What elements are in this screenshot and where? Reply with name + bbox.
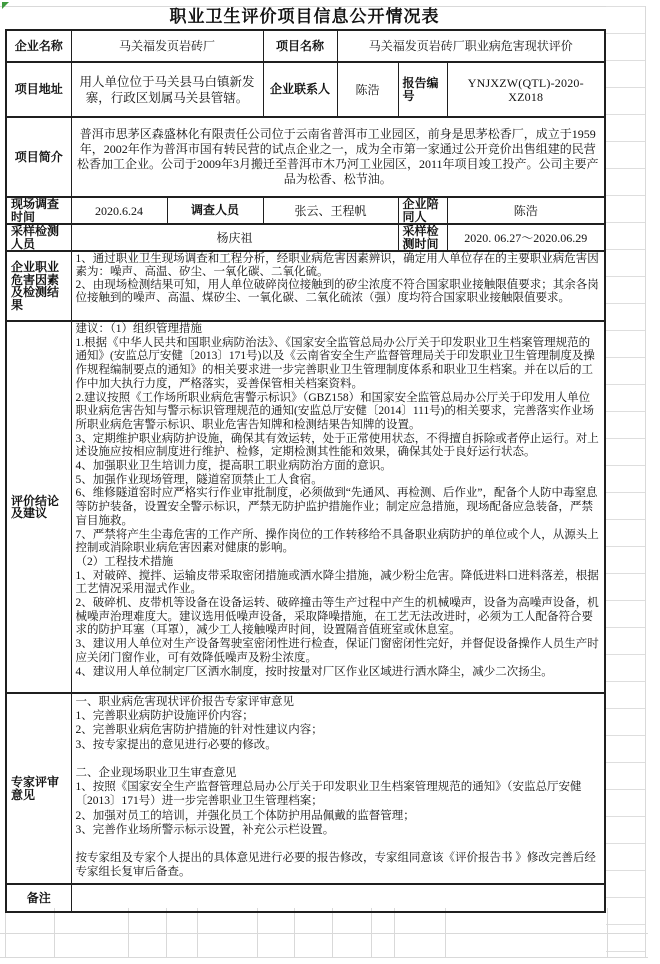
table-row: 专家评审意见 一、职业病危害现状评价报告专家评审意见 1、完善职业病防护设施评价… [6, 693, 605, 884]
table-row: 企业职业危害因素及检测结果 1、通过职业卫生现场调查和工程分析，经职业病危害因素… [6, 251, 605, 321]
table-row: 项目地址 用人单位位于马关县马白镇新发寨，行政区划属马关县管辖。 企业联系人 陈… [6, 62, 605, 117]
gridline-v [54, 908, 55, 958]
intro-value: 普洱市思茅区森盛林化有限责任公司位于云南省普洱市工业园区，前身是思茅松香厂，成立… [71, 117, 605, 197]
gridline-v [197, 908, 198, 958]
project-name-label: 项目名称 [263, 30, 337, 62]
remarks-label: 备注 [6, 884, 71, 912]
report-no-label: 报告编号 [398, 62, 447, 117]
info-table: 企业名称 马关福发页岩砖厂 项目名称 马关福发页岩砖厂职业病危害现状评价 项目地… [5, 29, 606, 913]
hazards-label: 企业职业危害因素及检测结果 [6, 251, 71, 321]
table-row: 现场调查时间 2020.6.24 调查人员 张云、王程帆 企业陪同人 陈浩 [6, 197, 605, 224]
company-name-label: 企业名称 [6, 30, 71, 62]
conclusion-label: 评价结论及建议 [6, 321, 71, 693]
review-label: 专家评审意见 [6, 693, 71, 884]
project-address-value: 用人单位位于马关县马白镇新发寨，行政区划属马关县管辖。 [71, 62, 263, 117]
company-name-value: 马关福发页岩砖厂 [71, 30, 263, 62]
project-address-label: 项目地址 [6, 62, 71, 117]
sheet: 职业卫生评价项目信息公开情况表 企业名称 马关福发页岩砖厂 项目名称 马关福发页… [0, 0, 660, 964]
gridline-v [332, 908, 333, 958]
hazards-text: 1、通过职业卫生现场调查和工程分析，经职业病危害因素辨识，确定用人单位存在的主要… [72, 252, 605, 320]
sampling-staff-label: 采样检测人员 [6, 224, 71, 251]
gridline-v [371, 908, 372, 958]
survey-time-value: 2020.6.24 [71, 197, 167, 224]
gridline-v [166, 908, 167, 958]
conclusion-text: 建议：（1）组织管理措施 1.根据《中华人民共和国职业病防治法》、《国家安全监管… [72, 322, 605, 692]
grid-right-strip [606, 6, 646, 958]
table-row: 采样检测人员 杨庆祖 采样检测时间 2020. 06.27～2020.06.29 [6, 224, 605, 251]
gridline-v [257, 908, 258, 958]
gridline-v [5, 908, 6, 958]
review-text: 一、职业病危害现状评价报告专家评审意见 1、完善职业病防护设施评价内容； 2、完… [72, 694, 605, 883]
escort-label: 企业陪同人 [398, 197, 447, 224]
surveyors-label: 调查人员 [167, 197, 263, 224]
report-no-value: YNJXZW(QTL)-2020-XZ018 [447, 62, 605, 117]
contact-value: 陈浩 [337, 62, 398, 117]
gridline-v [607, 908, 608, 958]
escort-value: 陈浩 [447, 197, 605, 224]
table-row: 项目简介 普洱市思茅区森盛林化有限责任公司位于云南省普洱市工业园区，前身是思茅松… [6, 117, 605, 197]
gridline-v [394, 908, 395, 958]
page-title: 职业卫生评价项目信息公开情况表 [5, 5, 604, 29]
gridline-h [0, 933, 648, 934]
table-row: 评价结论及建议 建议：（1）组织管理措施 1.根据《中华人民共和国职业病防治法》… [6, 321, 605, 693]
sampling-time-value: 2020. 06.27～2020.06.29 [447, 224, 605, 251]
contact-label: 企业联系人 [263, 62, 337, 117]
hazards-value: 1、通过职业卫生现场调查和工程分析，经职业病危害因素辨识，确定用人单位存在的主要… [71, 251, 605, 321]
intro-label: 项目简介 [6, 117, 71, 197]
review-value: 一、职业病危害现状评价报告专家评审意见 1、完善职业病防护设施评价内容； 2、完… [71, 693, 605, 884]
gridline-v [445, 908, 446, 958]
table-row: 企业名称 马关福发页岩砖厂 项目名称 马关福发页岩砖厂职业病危害现状评价 [6, 30, 605, 62]
remarks-value [71, 884, 605, 912]
gridline-v [128, 908, 129, 958]
gridline-v [294, 908, 295, 958]
table-row: 备注 [6, 884, 605, 912]
conclusion-value: 建议：（1）组织管理措施 1.根据《中华人民共和国职业病防治法》、《国家安全监管… [71, 321, 605, 693]
surveyors-value: 张云、王程帆 [263, 197, 398, 224]
sampling-staff-value: 杨庆祖 [71, 224, 398, 251]
project-name-value: 马关福发页岩砖厂职业病危害现状评价 [337, 30, 605, 62]
survey-time-label: 现场调查时间 [6, 197, 71, 224]
sampling-time-label: 采样检测时间 [398, 224, 447, 251]
gridline-h [0, 957, 648, 958]
